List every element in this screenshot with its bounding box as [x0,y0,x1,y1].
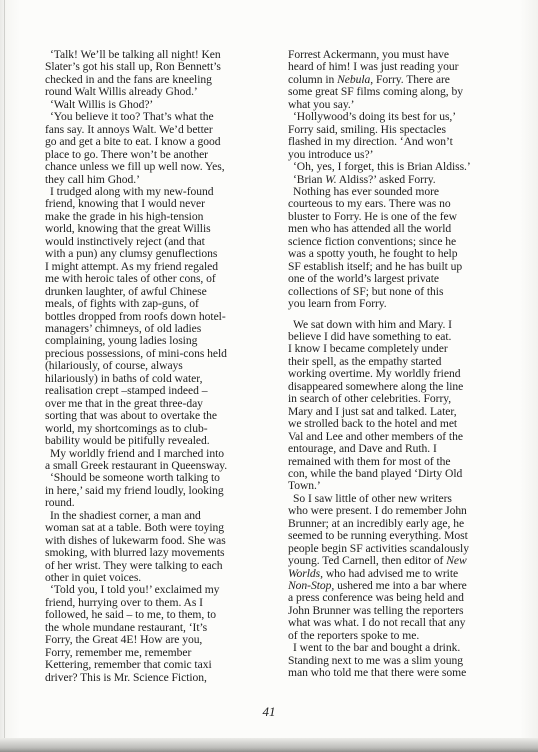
page-bottom-edge [0,738,538,752]
text-line: realisation crept –stamped indeed – [45,385,255,397]
text-line: was a spotty youth, he fought to help [288,248,498,260]
text-line: who were present. I do remember John [288,505,498,517]
text-line: in search of other celebrities. Forry, [288,393,498,405]
italic-text: Non-Stop, [288,579,334,592]
text-line: men who has attended all the world [288,223,498,235]
text-line: world, knowing that the great Willis [45,223,255,235]
text-fragment: who had advised me to write [323,567,458,580]
text-line: with a pun) any clumsy genuflections [45,248,255,260]
text-fragment: , Forry. There are [370,73,450,86]
book-page: ‘Talk! We’ll be talking all night! KenSl… [0,0,538,752]
text-line: smoking, with blurred lazy movements [45,547,255,559]
text-line: working overtime. My worldly friend [288,368,498,380]
italic-text: Worlds, [288,567,323,580]
text-line: round Walt Willis already Ghod.’ [45,86,255,98]
text-fragment: Aldiss?’ asked Forry. [337,173,436,186]
text-fragment: ushered me into a bar where [334,579,467,592]
text-line: sorting that was about to overtake the [45,410,255,422]
text-line: round. [45,497,255,509]
page-number: 41 [0,704,538,720]
text-fragment: ‘Brian [293,173,325,186]
text-line: flashed in my direction. ‘And won’t [288,136,498,148]
text-line: ‘Hollywood’s doing its best for us,’ [288,111,498,123]
text-line: me with heroic tales of other cons, of [45,273,255,285]
text-line: meals, of fights with zap-guns, of [45,298,255,310]
text-line: driver? This is Mr. Science Fiction, [45,672,255,684]
italic-text: W. [325,173,336,186]
text-line: what was what. I do not recall that any [288,617,498,629]
text-line: bability would be pitifully revealed. [45,435,255,447]
page-gutter-edge [4,0,5,740]
text-line: I know I became completely under [288,343,498,355]
text-line: one of the world’s largest private [288,273,498,285]
text-line: entourage, and Dave and Ruth. I [288,443,498,455]
text-fragment: column in [288,73,337,86]
text-line: Town.’ [288,480,498,492]
text-line: Forry, the Great 4E! How are you, [45,634,255,646]
text-line: seemed to be running everything. Most [288,530,498,542]
text-line: followed, he said – to me, to them, to [45,609,255,621]
text-line: in here,’ said my friend loudly, looking [45,485,255,497]
left-text-column: ‘Talk! We’ll be talking all night! KenSl… [45,49,255,684]
text-line: complaining, young ladies losing [45,335,255,347]
text-line: Kettering, remember that comic taxi [45,659,255,671]
text-line: some great SF films coming along, by [288,86,498,98]
italic-text: New [446,554,466,567]
text-line: chance unless we fill up well now. Yes, [45,161,255,173]
italic-text: Nebula [337,73,370,86]
text-line: we strolled back to the hotel and met [288,418,498,430]
text-line: ‘You believe it too? That’s what the [45,111,255,123]
text-line: you learn from Forry. [288,298,498,310]
text-line: man who told me that there were some [288,667,498,679]
text-line: I went to the bar and bought a drink. [288,642,498,654]
text-line: go and get a bite to eat. I know a good [45,136,255,148]
text-line: woman sat at a table. Both were toying [45,522,255,534]
right-text-column: Forrest Ackermann, you must haveheard of… [288,49,498,680]
text-line: (hilariously, of course, always [45,360,255,372]
text-fragment: young. Ted Carnell, then editor of [288,554,446,567]
text-line: ‘Should be someone worth talking to [45,472,255,484]
